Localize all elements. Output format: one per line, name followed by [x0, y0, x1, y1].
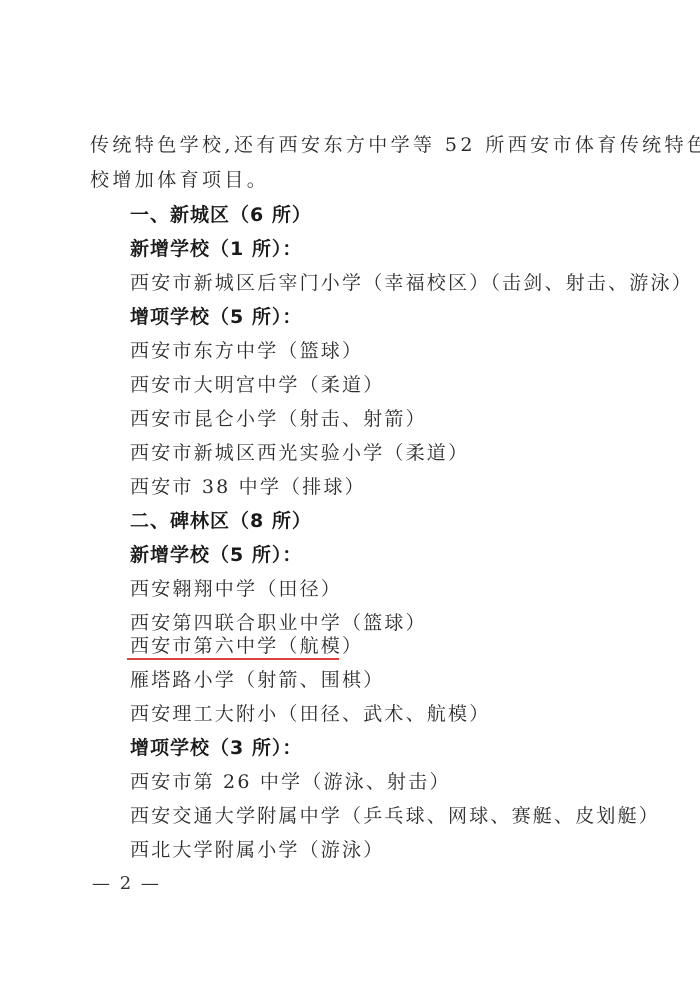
intro-line-1: 传统特色学校,还有西安东方中学等 52 所西安市体育传统特色学 [90, 133, 700, 157]
added-schools-label-beilin: 增项学校（3 所）： [130, 736, 302, 760]
school-item: 雁塔路小学（射箭、围棋） [130, 668, 384, 692]
school-item: 西安市新城区西光实验小学（柔道） [130, 441, 469, 465]
page-number: — 2 — [92, 873, 161, 894]
school-item: 西安交通大学附属中学（乒乓球、网球、赛艇、皮划艇） [130, 804, 660, 828]
school-item: 西安市大明宫中学（柔道） [130, 373, 384, 397]
intro-line-2: 校增加体育项目。 [90, 168, 269, 192]
school-item: 西安理工大附小（田径、武术、航模） [130, 702, 490, 726]
school-item: 西安市第 26 中学（游泳、射击） [130, 770, 451, 794]
red-underline-highlight [127, 658, 339, 660]
school-item-highlighted: 西安市第六中学（航模） [130, 634, 363, 658]
section-heading-beilin: 二、碑林区（8 所） [130, 509, 312, 533]
school-item: 西安翱翔中学（田径） [130, 577, 342, 601]
section-heading-xincheng: 一、新城区（6 所） [130, 203, 312, 227]
school-item: 西安市东方中学（篮球） [130, 339, 363, 363]
new-schools-label-beilin: 新增学校（5 所）： [130, 543, 302, 567]
school-item: 西安市 38 中学（排球） [130, 475, 366, 499]
school-item: 西安市昆仑小学（射击、射箭） [130, 407, 427, 431]
school-item: 西安第四联合职业中学（篮球） [130, 611, 427, 635]
new-schools-label-xincheng: 新增学校（1 所）： [130, 237, 302, 261]
document-page: 传统特色学校,还有西安东方中学等 52 所西安市体育传统特色学 校增加体育项目。… [0, 0, 700, 990]
school-item: 西安市新城区后宰门小学（幸福校区）（击剑、射击、游泳） [130, 271, 693, 295]
added-schools-label-xincheng: 增项学校（5 所）： [130, 305, 302, 329]
school-item: 西北大学附属小学（游泳） [130, 838, 384, 862]
